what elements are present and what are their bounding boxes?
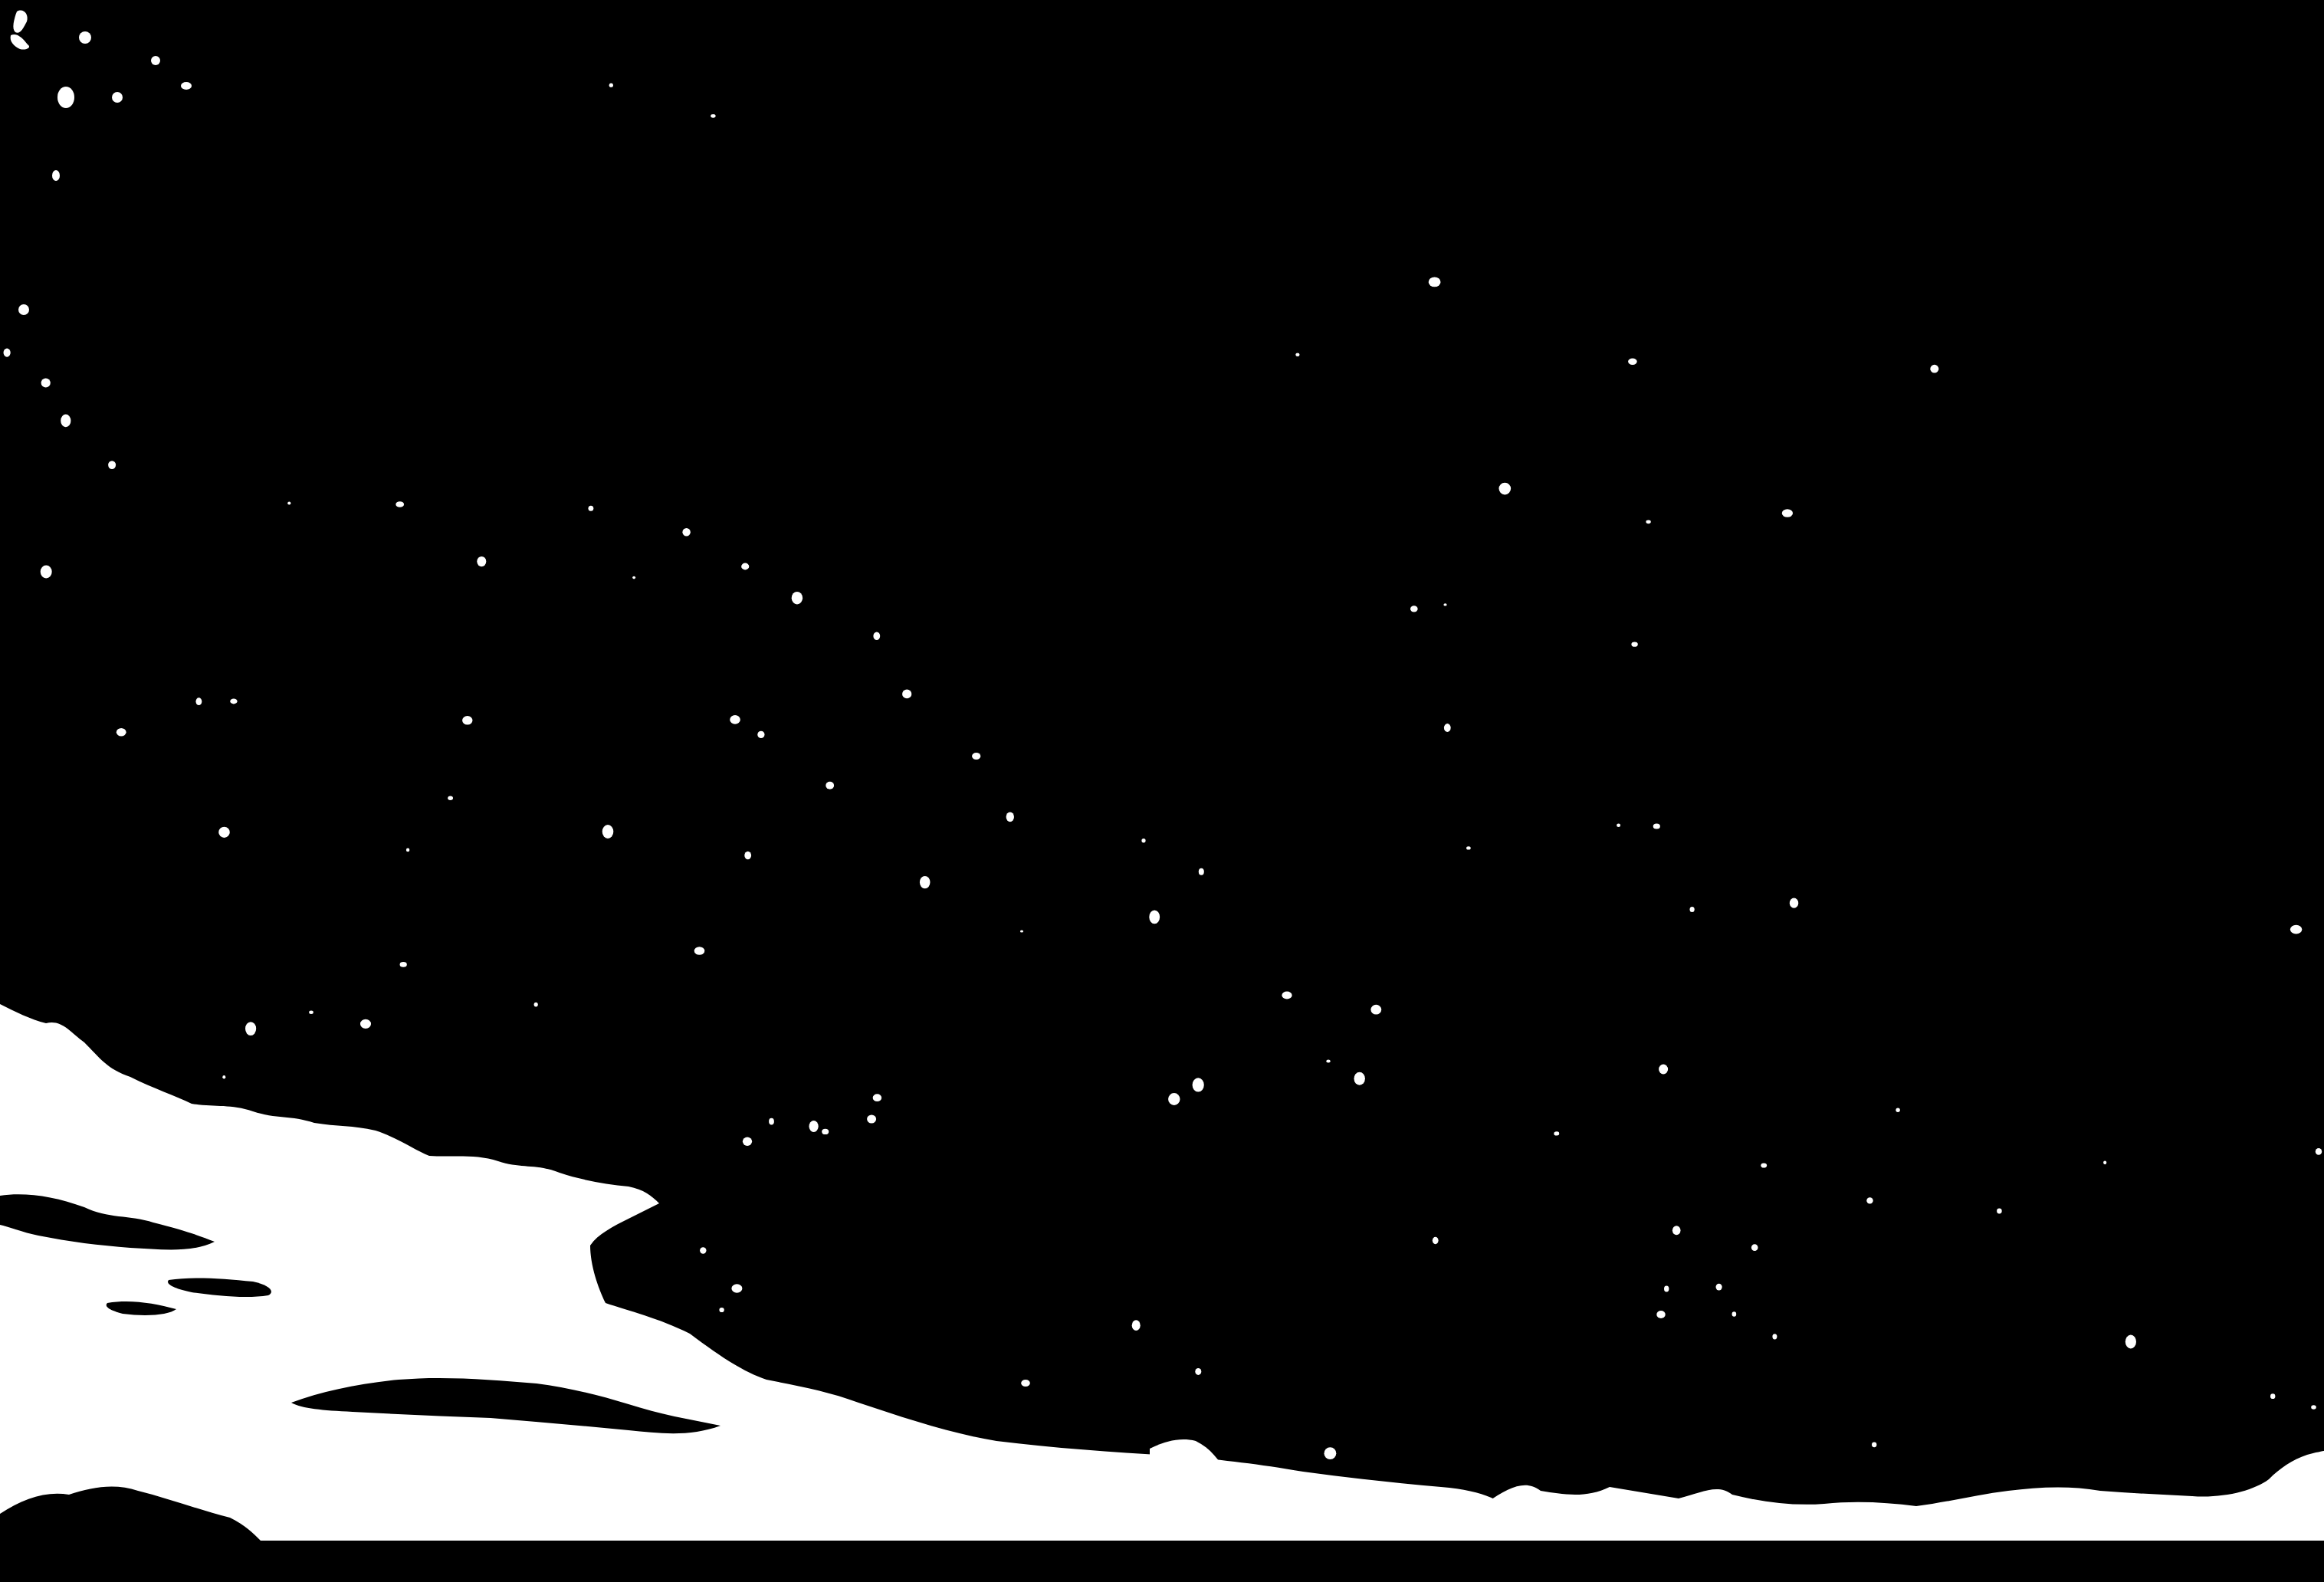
speck — [1690, 907, 1695, 912]
speck — [873, 632, 880, 640]
speck — [741, 563, 749, 570]
speck — [1354, 1072, 1365, 1085]
speck — [731, 1284, 742, 1293]
speck — [867, 1115, 876, 1124]
speck — [1656, 1311, 1665, 1318]
speck — [534, 1003, 538, 1007]
speck — [1199, 868, 1204, 875]
speck — [1554, 1131, 1559, 1135]
speck — [972, 753, 980, 760]
speck — [1617, 824, 1620, 827]
speck — [448, 796, 453, 800]
speck — [222, 1075, 225, 1078]
speck — [694, 947, 705, 955]
speck — [1370, 1005, 1381, 1015]
speck — [1872, 1442, 1876, 1447]
speck — [1664, 1286, 1669, 1292]
speck — [1466, 846, 1471, 849]
speck — [700, 1247, 706, 1253]
speck — [1141, 839, 1145, 842]
speck — [632, 576, 635, 579]
speck — [1672, 1226, 1681, 1235]
speck — [1761, 1163, 1767, 1167]
bottom-band — [0, 1541, 2324, 1582]
speck — [809, 1121, 819, 1132]
speck — [1132, 1320, 1141, 1331]
speck — [41, 379, 51, 388]
speck — [1732, 1311, 1737, 1316]
speck — [1444, 724, 1451, 732]
speck — [730, 715, 740, 724]
speck — [406, 848, 409, 852]
speck — [1168, 1093, 1180, 1105]
speck — [1429, 277, 1441, 287]
speck — [117, 728, 126, 737]
speck — [1324, 1447, 1337, 1459]
speck — [1282, 992, 1292, 999]
speck — [1410, 606, 1418, 612]
speck — [1195, 1368, 1201, 1375]
speck — [1149, 911, 1160, 924]
speck — [1751, 1244, 1758, 1251]
speck — [826, 782, 834, 789]
speck — [1006, 812, 1014, 822]
speck — [1326, 1060, 1330, 1063]
speck — [2270, 1393, 2275, 1399]
speck — [902, 690, 911, 699]
speck — [1646, 520, 1650, 524]
speck — [602, 825, 614, 839]
speck — [1659, 1065, 1668, 1075]
speck — [769, 1118, 774, 1125]
speck — [196, 697, 202, 705]
speck — [2316, 1148, 2322, 1155]
speck — [589, 506, 594, 511]
speck — [1997, 1209, 2002, 1214]
speck — [1631, 642, 1637, 647]
speck — [2290, 925, 2302, 934]
speck — [218, 827, 230, 838]
speck — [41, 566, 52, 579]
speck — [360, 1019, 371, 1029]
speck — [230, 698, 237, 704]
binarized-scene — [0, 0, 2324, 1582]
speck — [1193, 1078, 1204, 1091]
speck — [719, 1308, 724, 1312]
speck — [744, 852, 751, 860]
speck — [287, 502, 290, 505]
speck — [711, 114, 715, 118]
speck — [245, 1022, 256, 1036]
speck — [1628, 359, 1637, 365]
speck — [792, 592, 803, 605]
speck — [1866, 1197, 1873, 1203]
speck — [822, 1129, 829, 1134]
speck — [1782, 509, 1793, 517]
speck — [1433, 1237, 1439, 1244]
speck — [1020, 930, 1023, 932]
speck — [920, 876, 931, 888]
speck — [682, 528, 690, 536]
speck — [462, 716, 472, 725]
speck — [2311, 1405, 2316, 1410]
speck — [743, 1137, 752, 1146]
speck — [873, 1094, 881, 1101]
speck — [477, 556, 486, 566]
speck — [2103, 1160, 2106, 1164]
speck — [1443, 603, 1446, 606]
speck — [1021, 1380, 1030, 1387]
speck — [1295, 353, 1299, 356]
speck — [108, 461, 116, 469]
speck — [1499, 483, 1512, 495]
speck — [609, 84, 613, 87]
speck — [61, 415, 71, 428]
speck — [1930, 365, 1938, 373]
speck — [1772, 1334, 1777, 1339]
speck — [1716, 1284, 1722, 1291]
speck — [309, 1011, 313, 1014]
speck — [757, 731, 764, 738]
speck — [1653, 823, 1660, 829]
speck — [1896, 1108, 1899, 1112]
speck — [4, 349, 11, 357]
speck — [400, 962, 407, 967]
speck — [396, 501, 404, 507]
speck — [1790, 898, 1798, 908]
speck — [2125, 1335, 2136, 1349]
